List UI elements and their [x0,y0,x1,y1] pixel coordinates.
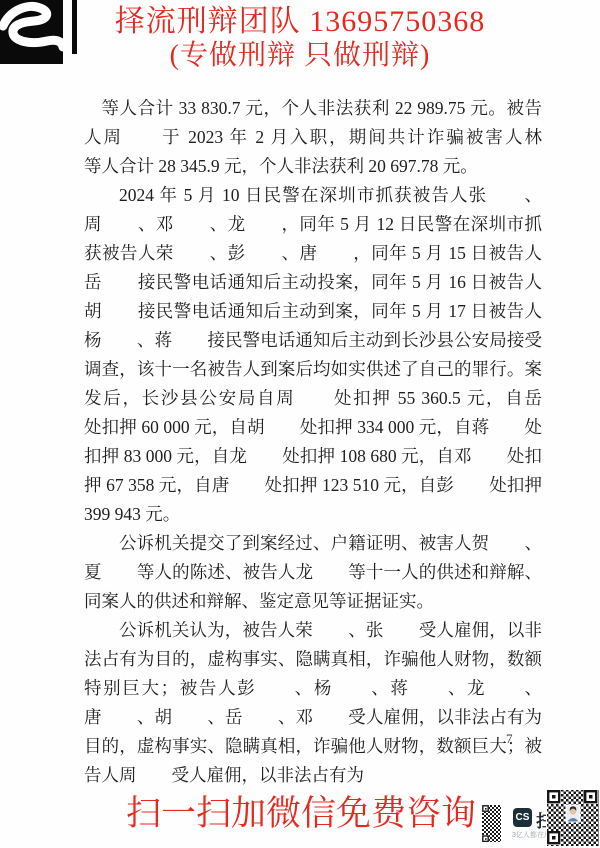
scanned-document-page: 择流刑辩团队 13695750368 (专做刑辩 只做刑辩) 等人合计 33 8… [0,0,600,848]
body-paragraph-4: 公诉机关认为，被告人荣 、张 受人雇佣，以非法占有为目的，虚构事实、隐瞒真相，诈… [84,616,542,790]
footer-cta-text: 扫一扫加微信免费咨询 [126,794,476,834]
body-paragraph-1: 等人合计 33 830.7 元，个人非法获利 22 989.75 元。被告人周 … [84,94,542,181]
body-paragraph-2: 2024 年 5 月 10 日民警在深圳市抓获被告人张 、周 、邓 、龙 ，同年… [84,181,542,529]
qr-avatar [566,805,581,823]
page-number: 7 [506,731,513,747]
wechat-qr-code-icon [546,789,600,847]
header-subtitle: (专做刑辩 只做刑辩) [0,40,600,72]
header-team-title: 择流刑辩团队 13695750368 [0,4,600,40]
body-paragraph-3: 公诉机关提交了到案经过、户籍证明、被害人贺 、夏 等人的陈述、被告人龙 等十一人… [84,529,542,616]
qr-code-small-icon [482,805,501,842]
document-body: 等人合计 33 830.7 元，个人非法获利 22 989.75 元。被告人周 … [84,94,542,790]
camscanner-logo-icon: CS [513,808,532,827]
document-header: 择流刑辩团队 13695750368 (专做刑辩 只做刑辩) [0,4,600,72]
